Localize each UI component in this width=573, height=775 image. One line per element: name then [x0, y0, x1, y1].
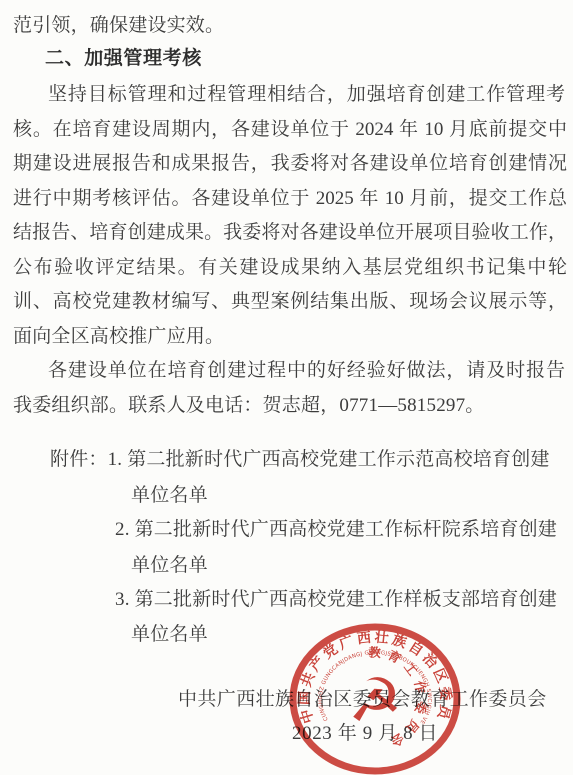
paragraph1-line: 结报告、培育创建成果。我委将对各建设单位开展项目验收工作， — [13, 222, 567, 244]
paragraph1-line: 核。在培育建设周期内，各建设单位于 2024 年 10 月底前提交中 — [13, 119, 567, 141]
attachment-item-2-continued: 单位名单 — [131, 555, 208, 577]
attachment-item-1: 附件：1. 第二批新时代广西高校党建工作示范高校培育创建 — [50, 449, 550, 471]
paragraph1-line: 坚持目标管理和过程管理相结合，加强培育创建工作管理考 — [48, 84, 565, 106]
hammer-and-sickle-icon: ☭ — [348, 666, 402, 736]
paragraph1-line: 训、高校党建教材编写、典型案例结集出版、现场会议展示等， — [13, 291, 567, 313]
paragraph1-line: 公布验收评定结果。有关建设成果纳入基层党组织书记集中轮 — [13, 257, 567, 279]
paragraph2-line: 我委组织部。联系人及电话：贺志超，0771—5815297。 — [13, 395, 485, 417]
attachment-item-3-continued: 单位名单 — [131, 624, 208, 646]
paragraph1-line: 进行中期考核评估。各建设单位于 2025 年 10 月前，提交工作总 — [13, 188, 567, 210]
paragraph2-line: 各建设单位在培育创建过程中的好经验好做法，请及时报告 — [48, 360, 565, 382]
carryover-line: 范引领，确保建设实效。 — [13, 15, 224, 37]
paragraph1-line: 面向全区高校推广应用。 — [13, 326, 224, 348]
attachment-item-2: 2. 第二批新时代广西高校党建工作标杆院系培育创建 — [115, 519, 557, 541]
document-page: 范引领，确保建设实效。 二、加强管理考核 坚持目标管理和过程管理相结合，加强培育… — [0, 0, 573, 775]
section-heading: 二、加强管理考核 — [45, 48, 202, 70]
attachment-item-1-continued: 单位名单 — [131, 485, 208, 507]
paragraph1-line: 期建设进展报告和成果报告，我委将对各建设单位培育创建情况 — [13, 153, 567, 175]
official-seal: 中国共产党广西壮族自治区委员会 CUNGHGOZ GUNGCANJDANGJ G… — [286, 608, 466, 775]
